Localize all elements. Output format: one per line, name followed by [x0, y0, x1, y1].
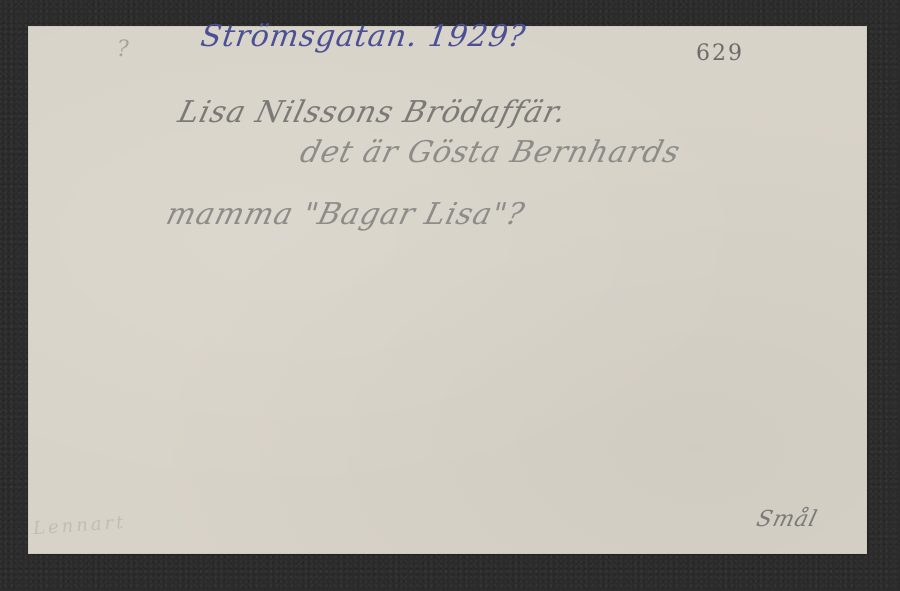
faint-question-mark: ? [117, 37, 130, 62]
catalog-number: 629 [696, 41, 744, 66]
note-line-1: Lisa Nilssons Brödaffär. [175, 95, 571, 130]
faint-stamp: Lennart [32, 512, 127, 539]
signature: Smål [754, 507, 820, 532]
street-year-note: Strömsgatan. 1929? [199, 19, 529, 54]
note-line-2: det är Gösta Bernhards [297, 135, 685, 170]
note-line-3: mamma "Bagar Lisa"? [163, 197, 529, 232]
archival-card: ? Strömsgatan. 1929? 629 Lisa Nilssons B… [29, 27, 866, 553]
